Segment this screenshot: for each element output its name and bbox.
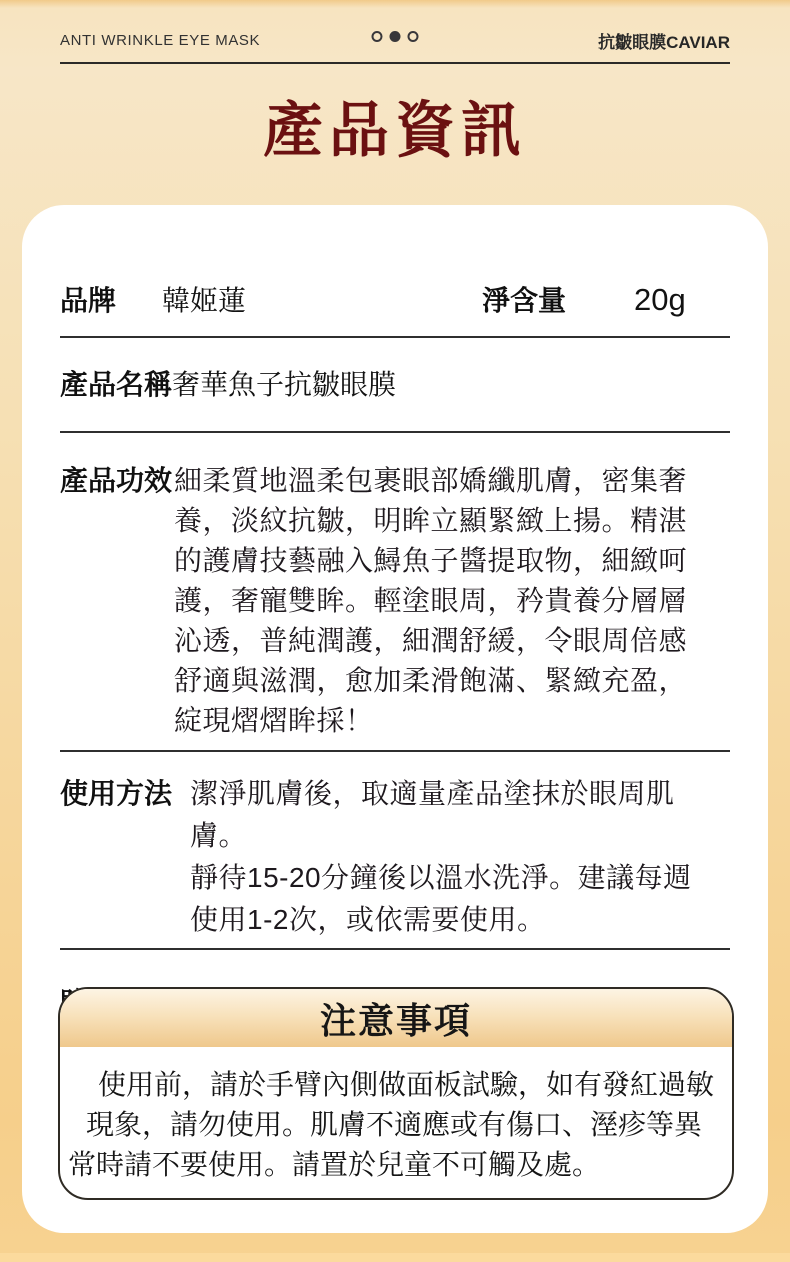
efficacy-line: 綻現熠熠眸採！ bbox=[174, 701, 730, 741]
product-name-value: 奢華魚子抗皺眼膜 bbox=[172, 369, 396, 400]
efficacy-line: 養，淡紋抗皺，明眸立顯緊緻上揚。精湛 bbox=[174, 501, 730, 541]
header-right-text: 抗皺眼膜CAVIAR bbox=[598, 28, 730, 53]
net-weight-label: 淨含量 bbox=[482, 279, 566, 319]
section-divider bbox=[60, 431, 730, 433]
section-divider bbox=[60, 948, 730, 950]
product-info-card: 品牌 韓姬蓮 淨含量 20g 產品名稱奢華魚子抗皺眼膜 產品功效 細柔質地溫柔包… bbox=[22, 205, 768, 1233]
usage-line: 使用1-2次，或依需要使用。 bbox=[190, 899, 730, 941]
notice-box: 注意事項 使用前，請於手臂內側做面板試驗，如有發紅過敏 現象，請勿使用。肌膚不適… bbox=[58, 987, 734, 1200]
usage-label: 使用方法 bbox=[60, 773, 172, 815]
efficacy-label: 產品功效 bbox=[60, 461, 172, 501]
notice-line: 常時請不要使用。請置於兒童不可觸及處。 bbox=[68, 1145, 732, 1185]
efficacy-line: 細柔質地溫柔包裹眼部嬌纖肌膚，密集奢 bbox=[174, 461, 730, 501]
carousel-dot bbox=[390, 31, 401, 42]
header-left-text: ANTI WRINKLE EYE MASK bbox=[60, 32, 260, 49]
net-weight-value: 20g bbox=[634, 282, 686, 318]
carousel-dots bbox=[372, 31, 419, 42]
efficacy-line: 的護膚技藝融入鱘魚子醬提取物，細緻呵 bbox=[174, 541, 730, 581]
section-divider bbox=[60, 336, 730, 338]
page-title: 產品資訊 bbox=[0, 96, 790, 166]
bottom-edge-strip bbox=[0, 1253, 790, 1262]
efficacy-section: 產品功效 細柔質地溫柔包裹眼部嬌纖肌膚，密集奢 養，淡紋抗皺，明眸立顯緊緻上揚。… bbox=[60, 461, 730, 741]
notice-body: 使用前，請於手臂內側做面板試驗，如有發紅過敏 現象，請勿使用。肌膚不適應或有傷口… bbox=[60, 1047, 732, 1185]
header-divider bbox=[60, 62, 730, 64]
usage-section: 使用方法 潔淨肌膚後，取適量產品塗抹於眼周肌膚。 靜待15-20分鐘後以溫水洗淨… bbox=[60, 773, 730, 941]
notice-header-band: 注意事項 bbox=[60, 989, 732, 1047]
product-name-label: 產品名稱 bbox=[60, 369, 172, 400]
efficacy-line: 沁透，普純潤護，細潤舒緩，令眼周倍感 bbox=[174, 621, 730, 661]
efficacy-line: 舒適與滋潤，愈加柔滑飽滿、緊緻充盈， bbox=[174, 661, 730, 701]
brand-label: 品牌 bbox=[60, 279, 116, 319]
carousel-dot bbox=[408, 31, 419, 42]
brand-value: 韓姬蓮 bbox=[162, 279, 246, 319]
usage-line: 潔淨肌膚後，取適量產品塗抹於眼周肌膚。 bbox=[190, 773, 730, 857]
section-divider bbox=[60, 750, 730, 752]
notice-line: 使用前，請於手臂內側做面板試驗，如有發紅過敏 bbox=[98, 1065, 732, 1105]
notice-line: 現象，請勿使用。肌膚不適應或有傷口、溼疹等異 bbox=[86, 1105, 732, 1145]
notice-title: 注意事項 bbox=[320, 993, 472, 1044]
product-name-row: 產品名稱奢華魚子抗皺眼膜 bbox=[60, 363, 730, 403]
carousel-dot bbox=[372, 31, 383, 42]
efficacy-line: 護，奢寵雙眸。輕塗眼周，矜貴養分層層 bbox=[174, 581, 730, 621]
header: ANTI WRINKLE EYE MASK 抗皺眼膜CAVIAR bbox=[0, 0, 790, 52]
brand-row: 品牌 韓姬蓮 淨含量 20g bbox=[60, 279, 730, 319]
product-info-page: ANTI WRINKLE EYE MASK 抗皺眼膜CAVIAR 產品資訊 品牌… bbox=[0, 0, 790, 1262]
usage-line: 靜待15-20分鐘後以溫水洗淨。建議每週 bbox=[190, 857, 730, 899]
